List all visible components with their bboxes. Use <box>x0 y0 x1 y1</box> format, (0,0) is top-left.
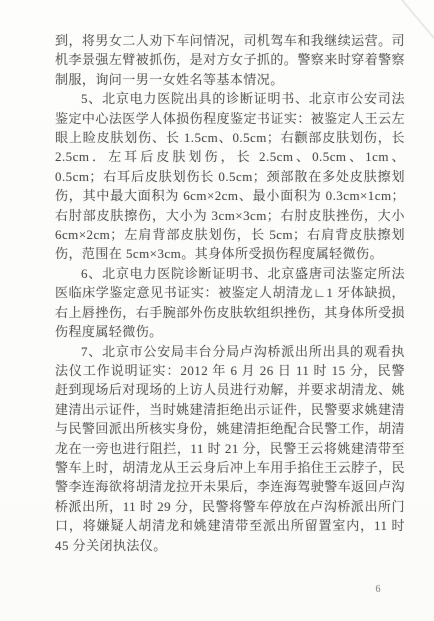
paragraph-evidence-item-7: 7、北京市公安局丰台分局卢沟桥派出所出具的观看执法仪工作说明证实：2012 年 … <box>55 342 405 555</box>
document-body: 到，将男女二人劝下车问情况，司机驾车和我继续运营。司机李景强左臂被抓伤，是对方女… <box>55 31 405 555</box>
paragraph-evidence-item-6: 6、北京电力医院诊断证明书、北京盛唐司法鉴定所法医临床学鉴定意见书证实：被鉴定人… <box>55 264 405 342</box>
paragraph-evidence-item-5: 5、北京电力医院出具的诊断证明书、北京市公安司法鉴定中心法医学人体损伤程度鉴定书… <box>55 89 405 264</box>
scanned-document-page: 到，将男女二人劝下车问情况，司机驾车和我继续运营。司机李景强左臂被抓伤，是对方女… <box>0 0 434 621</box>
page-number: 6 <box>368 584 388 595</box>
paragraph-continuation: 到，将男女二人劝下车问情况，司机驾车和我继续运营。司机李景强左臂被抓伤，是对方女… <box>55 31 405 89</box>
